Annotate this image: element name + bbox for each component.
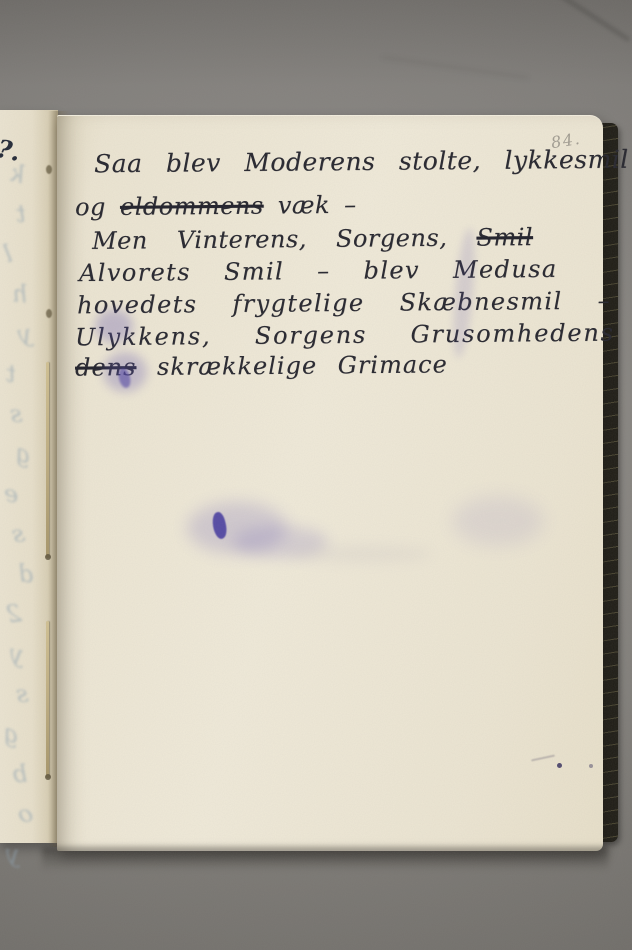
- handwritten-line: Men Vinterens, Sorgens, Smil: [92, 223, 533, 255]
- bleedthrough-glyph: y: [16, 319, 33, 348]
- bleedthrough-glyph: l: [1, 240, 14, 269]
- struck-word: dens: [75, 353, 137, 382]
- stitch-knot: [45, 554, 51, 560]
- bleedthrough-glyph: g: [13, 439, 35, 470]
- ink-blot: [210, 511, 229, 540]
- handwritten-line: Saa blev Moderens stolte, lykkesmil: [94, 145, 629, 179]
- bleedthrough-glyph: t: [4, 359, 18, 388]
- bleedthrough-glyph: s: [9, 400, 23, 429]
- bleedthrough-glyph: b: [12, 760, 27, 788]
- text-segment: Saa blev Moderens stolte, lykkesmil: [94, 145, 629, 179]
- ink-dot: [557, 763, 562, 768]
- bleedthrough-glyph: h: [11, 279, 29, 308]
- bleedthrough-glyph: o: [15, 799, 35, 830]
- bleedthrough-glyph: t: [16, 200, 27, 228]
- handwritten-line: og eldommens væk –: [75, 191, 357, 221]
- struck-word: eldommens: [120, 192, 264, 221]
- fabric-crease: [536, 0, 630, 42]
- bleedthrough-glyph: e: [4, 480, 19, 508]
- text-segment: og: [75, 193, 106, 221]
- text-segment: væk –: [278, 191, 357, 220]
- bleedthrough-glyph: d: [17, 559, 35, 588]
- smudge-faint: [287, 546, 432, 562]
- bleedthrough-glyph: s: [9, 519, 27, 549]
- text-segment: hovedets frygtelige Skæbnesmil –: [77, 287, 611, 320]
- fabric-crease: [381, 56, 530, 80]
- bleedthrough-glyph: y: [8, 639, 26, 669]
- binding-stitch-thread: [46, 621, 49, 778]
- stitch-hole: [46, 309, 52, 318]
- ink-smudge: [233, 526, 328, 558]
- stitch-knot: [45, 774, 51, 780]
- stitch-hole: [46, 165, 52, 174]
- binding-stitch-thread: [46, 362, 49, 558]
- bleedthrough-glyph: y: [5, 840, 20, 869]
- notebook-page: 84. Saa blev Moderens stolte, lykkesmilo…: [57, 115, 603, 851]
- ink-smudge: [187, 502, 287, 554]
- notebook-photo: ?. ktlhytsgesd2ysgboy 84. Saa blev Moder…: [0, 0, 632, 950]
- text-segment: skrækkelige Grimace: [157, 350, 448, 381]
- text-segment: Ulykkens, Sorgens Grusomhedens: [75, 319, 615, 352]
- bleedthrough-glyph: s: [15, 680, 29, 709]
- pencil-squiggle: [531, 755, 555, 762]
- text-segment: Alvorets Smil – blev Medusa: [79, 255, 558, 287]
- handwritten-line: hovedets frygtelige Skæbnesmil –: [77, 287, 611, 320]
- text-segment: Men Vinterens, Sorgens,: [92, 224, 448, 255]
- struck-word: Smil: [476, 223, 533, 251]
- bleedthrough-glyph: 2: [4, 599, 23, 629]
- handwritten-line: Ulykkens, Sorgens Grusomhedens: [75, 319, 615, 352]
- ink-dot: [589, 764, 593, 768]
- handwritten-line: dens skrækkelige Grimace: [75, 350, 448, 381]
- bleedthrough-glyph: g: [1, 719, 22, 750]
- handwritten-line: Alvorets Smil – blev Medusa: [79, 255, 558, 287]
- ink-smudge: [452, 496, 544, 546]
- page-shadow: [42, 847, 608, 871]
